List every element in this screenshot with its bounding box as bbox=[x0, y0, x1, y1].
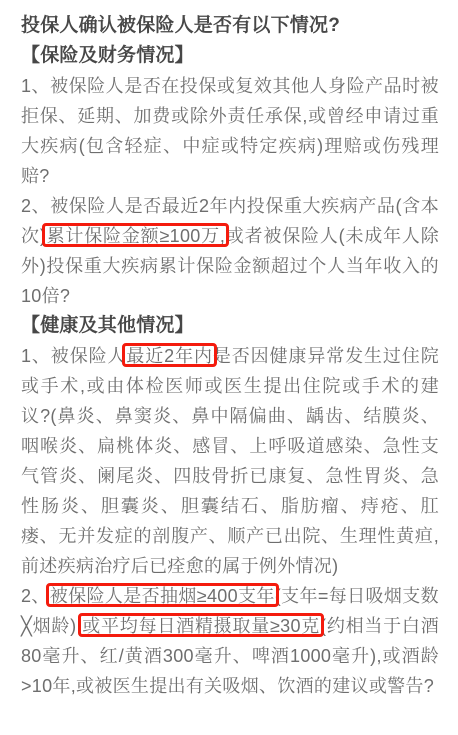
highlighted-phrase: 被保险人是否抽烟≥400支年 bbox=[50, 586, 275, 606]
section-heading: 【保险及财务情况】 bbox=[21, 41, 439, 71]
section-heading: 【健康及其他情况】 bbox=[21, 311, 439, 341]
question-paragraph: 1、被保险人是否在投保或复效其他人身险产品时被拒保、延期、加费或除外责任承保,或… bbox=[21, 71, 439, 191]
question-paragraph: 2、被保险人是否最近2年内投保重大疾病产品(含本次)累计保险金额≥100万,或者… bbox=[21, 191, 439, 311]
highlighted-phrase: 累计保险金额≥100万, bbox=[46, 226, 225, 246]
text-segment: 1、被保险人是否在投保或复效其他人身险产品时被拒保、延期、加费或除外责任承保,或… bbox=[21, 76, 439, 186]
text-segment: 是否因健康异常发生过住院或手术,或由体检医师或医生提出住院或手术的建议?(鼻炎、… bbox=[21, 346, 439, 576]
section: 【保险及财务情况】 1、被保险人是否在投保或复效其他人身险产品时被拒保、延期、加… bbox=[21, 41, 439, 311]
text-segment: 1、被保险人 bbox=[21, 346, 126, 366]
question-paragraph: 1、被保险人最近2年内是否因健康异常发生过住院或手术,或由体检医师或医生提出住院… bbox=[21, 341, 439, 581]
section: 【健康及其他情况】 1、被保险人最近2年内是否因健康异常发生过住院或手术,或由体… bbox=[21, 311, 439, 701]
insurance-health-questionnaire: 投保人确认被保险人是否有以下情况? 【保险及财务情况】 1、被保险人是否在投保或… bbox=[0, 0, 458, 701]
section-paragraphs: 1、被保险人是否在投保或复效其他人身险产品时被拒保、延期、加费或除外责任承保,或… bbox=[21, 71, 439, 311]
section-paragraphs: 1、被保险人最近2年内是否因健康异常发生过住院或手术,或由体检医师或医生提出住院… bbox=[21, 341, 439, 701]
highlighted-phrase: 最近2年内 bbox=[126, 346, 212, 366]
highlighted-phrase: 或平均每日酒精摄取量≥30克 bbox=[82, 616, 320, 636]
question-paragraph: 2、被保险人是否抽烟≥400支年(支年=每日吸烟支数╳烟龄),或平均每日酒精摄取… bbox=[21, 581, 439, 701]
text-segment: 2、 bbox=[21, 586, 50, 606]
sections-container: 【保险及财务情况】 1、被保险人是否在投保或复效其他人身险产品时被拒保、延期、加… bbox=[21, 41, 439, 701]
page-title: 投保人确认被保险人是否有以下情况? bbox=[21, 11, 439, 41]
